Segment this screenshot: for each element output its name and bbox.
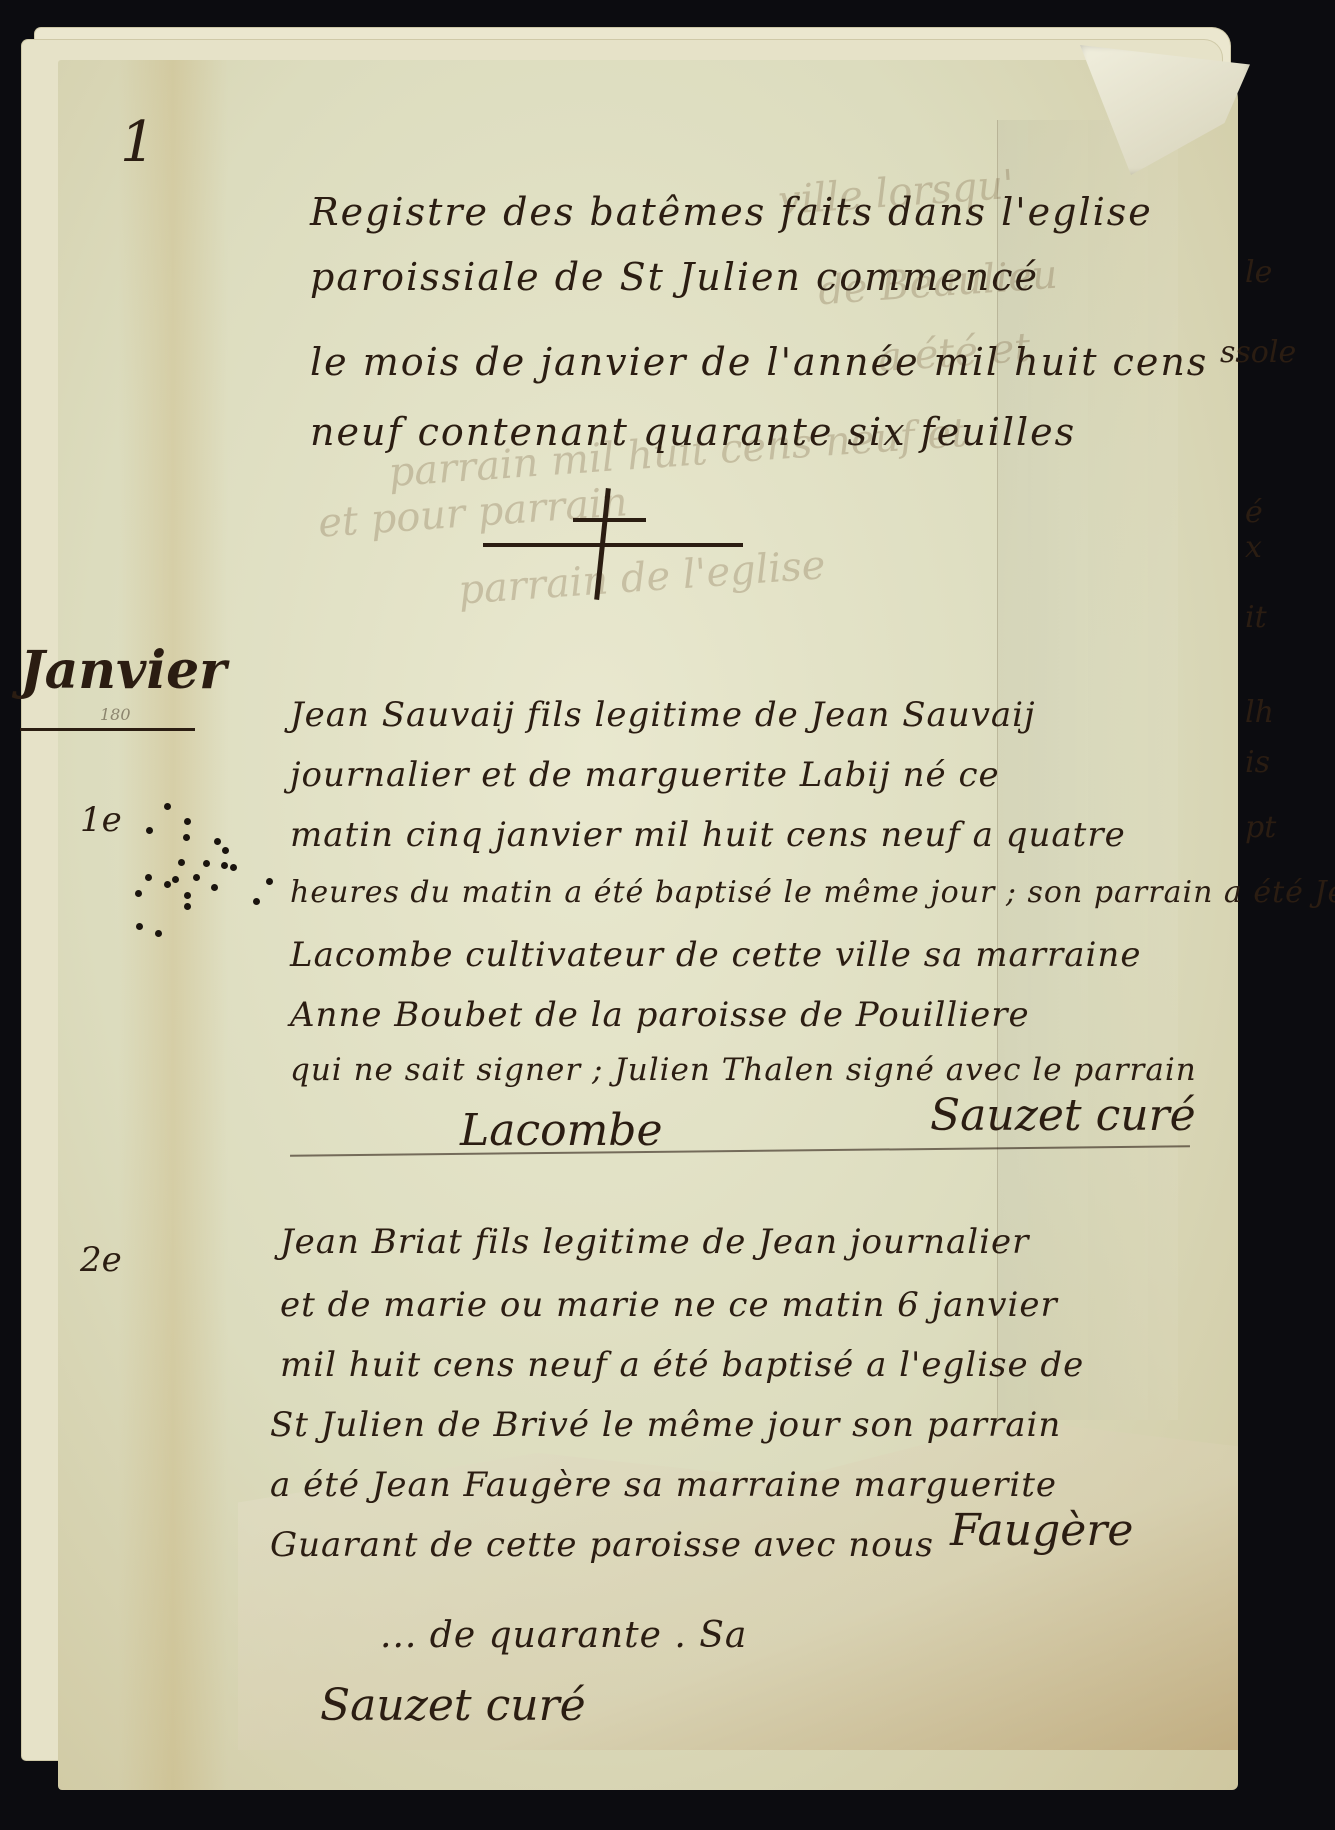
entry-line: Jean Sauvaij fils legitime de Jean Sauva… xyxy=(290,695,1036,735)
folio-number: 1 xyxy=(120,110,156,175)
wormhole xyxy=(193,874,200,881)
entry-number: 1e xyxy=(80,800,122,840)
wormhole xyxy=(178,859,185,866)
header-line: Registre des batêmes faits dans l'eglise xyxy=(310,190,1153,234)
wormhole xyxy=(221,862,228,869)
entry-line: Guarant de cette paroisse avec nous xyxy=(270,1525,934,1565)
wormhole xyxy=(211,884,218,891)
signature: Faugère xyxy=(950,1505,1133,1556)
edge-fragment: é xyxy=(1245,495,1263,530)
signature: Sauzet curé xyxy=(930,1090,1196,1141)
entry-line: Jean Briat fils legitime de Jean journal… xyxy=(280,1222,1029,1262)
wormhole xyxy=(184,892,191,899)
entry-number: 2e xyxy=(80,1240,122,1280)
edge-fragment: is xyxy=(1245,745,1270,780)
signature: Lacombe xyxy=(460,1105,663,1156)
margin-note: 180 xyxy=(100,705,131,724)
margin-month: Janvier xyxy=(20,640,227,701)
edge-fragment: ssole xyxy=(1220,335,1296,370)
wormhole xyxy=(230,864,237,871)
ghost-text: et pour parrain xyxy=(317,479,629,547)
signature: Sauzet curé xyxy=(320,1680,586,1731)
margin-rule xyxy=(20,728,195,731)
entry-line: qui ne sait signer ; Julien Thalen signé… xyxy=(290,1052,1197,1088)
wormhole xyxy=(155,930,162,937)
fragment-line: ... de quarante . Sa xyxy=(380,1615,747,1656)
wormhole xyxy=(184,903,191,910)
header-line: paroissiale de St Julien commencé xyxy=(310,255,1039,299)
wormhole xyxy=(164,881,171,888)
edge-fragment: pt xyxy=(1245,810,1276,845)
wormhole xyxy=(203,860,210,867)
wormhole xyxy=(184,818,191,825)
edge-fragment: it xyxy=(1245,600,1267,635)
wormhole xyxy=(253,898,260,905)
entry-line: Lacombe cultivateur de cette ville sa ma… xyxy=(290,935,1141,975)
wormhole xyxy=(135,890,142,897)
edge-fragment: le xyxy=(1245,255,1272,290)
entry-line: St Julien de Brivé le même jour son parr… xyxy=(270,1405,1061,1445)
entry-line: journalier et de marguerite Labij né ce xyxy=(290,755,1000,795)
entry-line: heures du matin a été baptisé le même jo… xyxy=(290,875,1335,910)
entry-line: Anne Boubet de la paroisse de Pouilliere xyxy=(290,995,1030,1035)
wormhole xyxy=(172,876,179,883)
wormhole xyxy=(266,878,273,885)
edge-fragment: x xyxy=(1245,530,1262,565)
entry-line: matin cinq janvier mil huit cens neuf a … xyxy=(290,815,1126,855)
wormhole xyxy=(164,803,171,810)
wormhole xyxy=(136,923,143,930)
cross-mark-underline xyxy=(483,543,743,547)
entry-line: a été Jean Faugère sa marraine marguerit… xyxy=(270,1465,1057,1505)
edge-fragment: lh xyxy=(1245,695,1274,730)
wormhole xyxy=(183,834,190,841)
wormhole xyxy=(222,847,229,854)
entry-line: mil huit cens neuf a été baptisé a l'egl… xyxy=(280,1345,1084,1385)
wormhole xyxy=(146,827,153,834)
header-line: le mois de janvier de l'année mil huit c… xyxy=(310,340,1208,384)
header-line: neuf contenant quarante six feuilles xyxy=(310,410,1076,454)
cross-mark-bar xyxy=(573,518,646,522)
entry-line: et de marie ou marie ne ce matin 6 janvi… xyxy=(280,1285,1058,1325)
wormhole xyxy=(145,874,152,881)
ghost-text: parrain de l'eglise xyxy=(457,542,827,614)
wormhole xyxy=(214,838,221,845)
